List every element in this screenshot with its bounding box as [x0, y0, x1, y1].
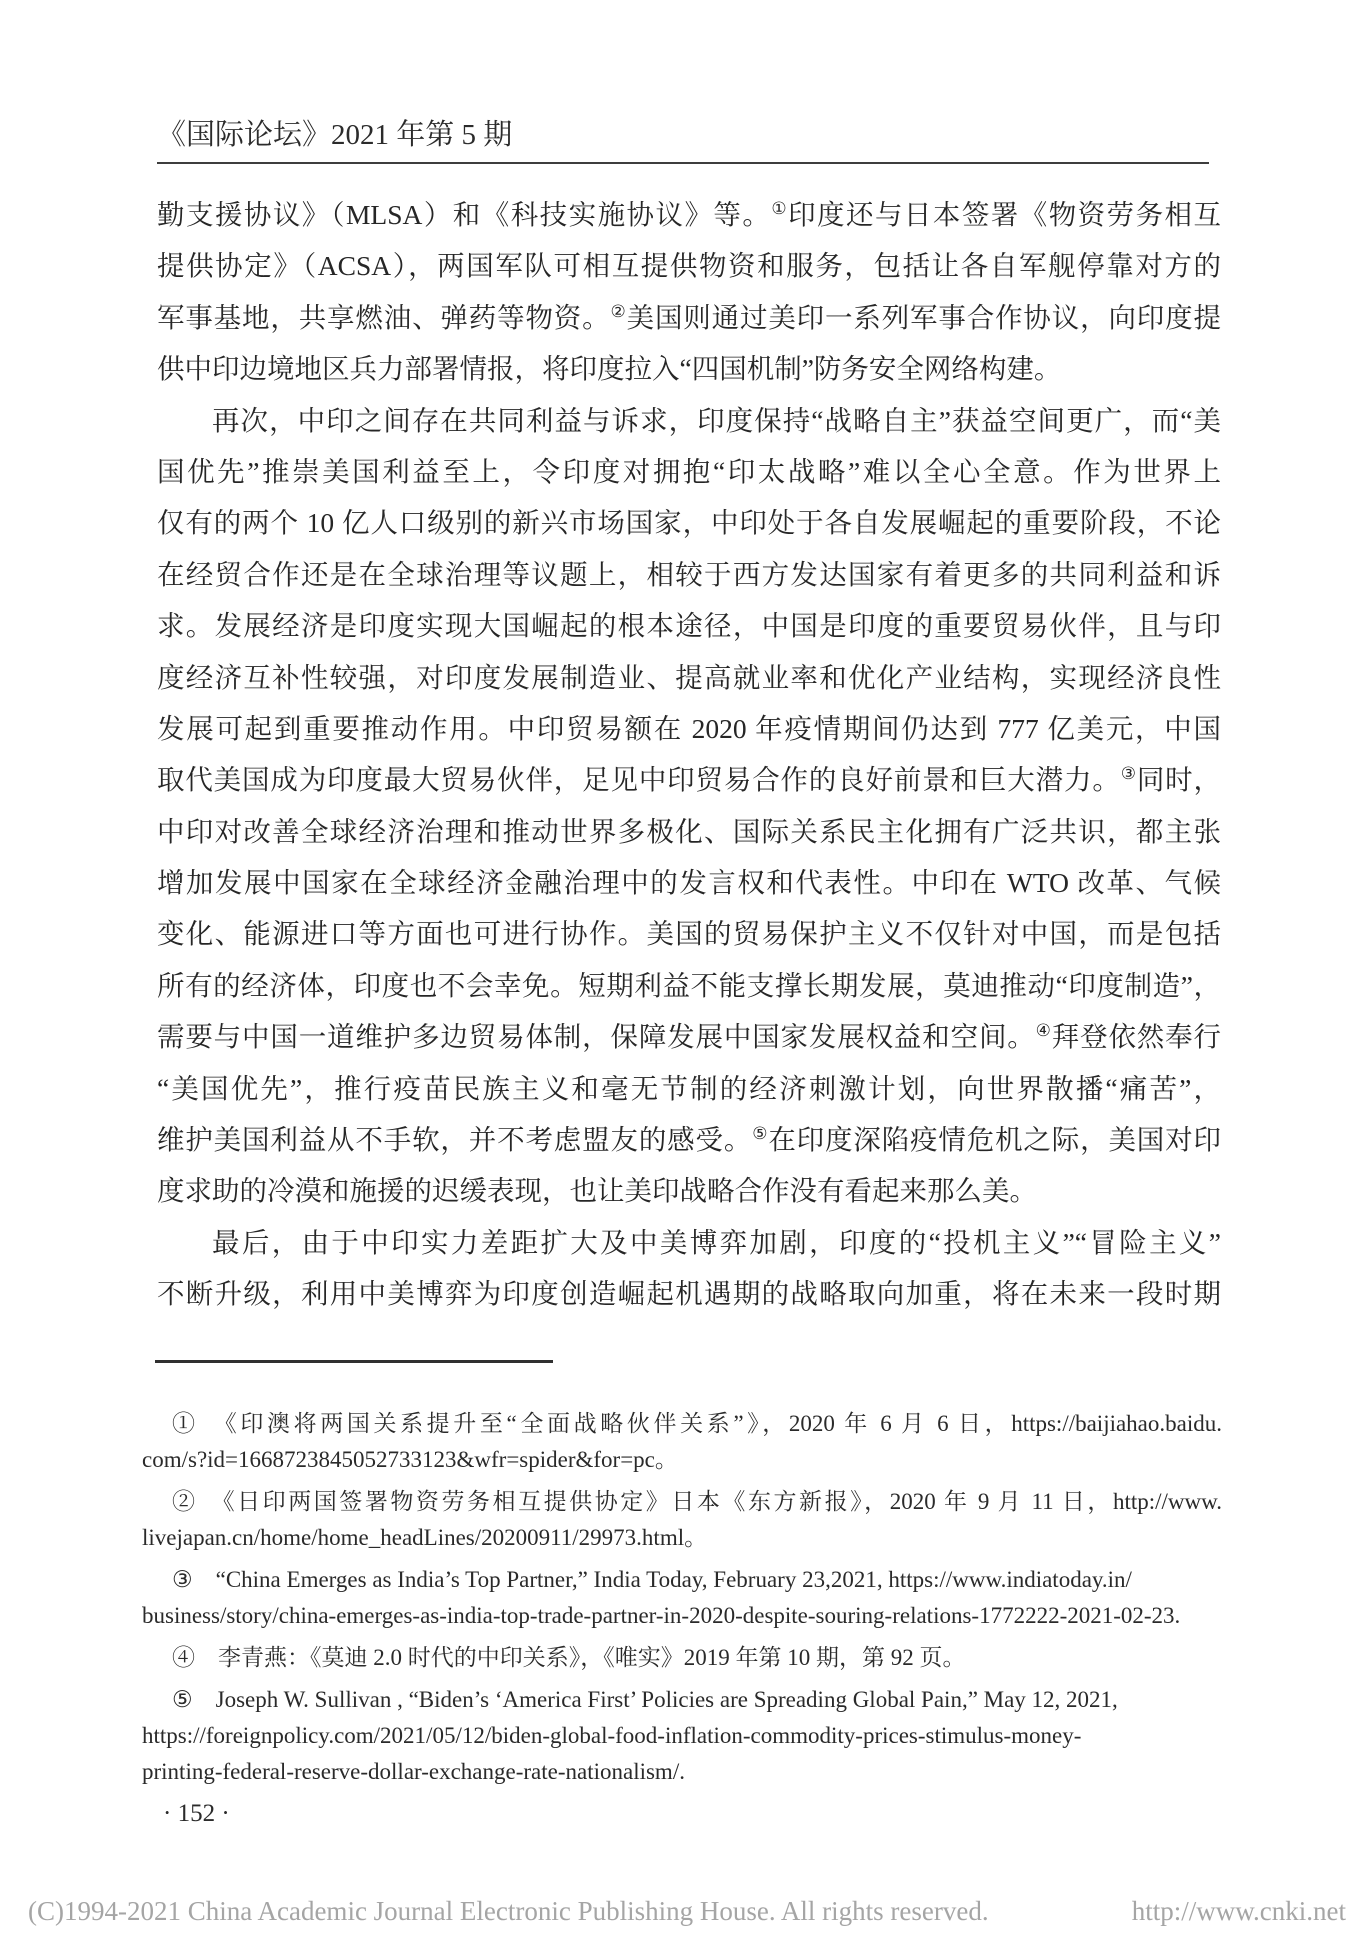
footnote-list: ① 《印澳将两国关系提升至“全面战略伙伴关系”》，2020 年 6 月 6 日，…: [142, 1406, 1222, 1796]
footnote-line: ④ 李青燕：《莫迪 2.0 时代的中印关系》，《唯实》2019 年第 10 期，…: [142, 1640, 1222, 1676]
body-line: 变化、能源进口等方面也可进行协作。美国的贸易保护主义不仅针对中国，而是包括: [157, 908, 1221, 959]
paragraph: 勤支援协议》（MLSA）和《科技实施协议》等。①印度还与日本签署《物资劳务相互提…: [157, 189, 1221, 395]
footnote-ref: ①: [771, 199, 788, 218]
paragraph: 最后，由于中印实力差距扩大及中美博弈加剧，印度的“投机主义”“冒险主义”不断升级…: [157, 1217, 1221, 1320]
body-line: 勤支援协议》（MLSA）和《科技实施协议》等。①印度还与日本签署《物资劳务相互: [157, 189, 1221, 240]
footnote-ref: ⑤: [752, 1124, 768, 1143]
body-line: 度求助的冷漠和施援的迟缓表现，也让美印战略合作没有看起来那么美。: [157, 1165, 1221, 1216]
body-line: 仅有的两个 10 亿人口级别的新兴市场国家，中印处于各自发展崛起的重要阶段，不论: [157, 497, 1221, 548]
footnote-item: ④ 李青燕：《莫迪 2.0 时代的中印关系》，《唯实》2019 年第 10 期，…: [142, 1640, 1222, 1676]
footnote-line: https://foreignpolicy.com/2021/05/12/bid…: [142, 1718, 1222, 1754]
footnote-item: ③ “China Emerges as India’s Top Partner,…: [142, 1562, 1222, 1634]
page-number: · 152 ·: [163, 1800, 230, 1828]
footnote-ref: ③: [1121, 764, 1137, 783]
body-line: 供中印边境地区兵力部署情报，将印度拉入“四国机制”防务安全网络构建。: [157, 343, 1221, 394]
footnote-line: ① 《印澳将两国关系提升至“全面战略伙伴关系”》，2020 年 6 月 6 日，…: [142, 1406, 1222, 1442]
document-page: 《国际论坛》2021 年第 5 期 勤支援协议》（MLSA）和《科技实施协议》等…: [0, 0, 1362, 1953]
body-line: 提供协定》（ACSA），两国军队可相互提供物资和服务，包括让各自军舰停靠对方的: [157, 240, 1221, 291]
footnote-line: livejapan.cn/home/home_headLines/2020091…: [142, 1520, 1222, 1556]
body-line: 发展可起到重要推动作用。中印贸易额在 2020 年疫情期间仍达到 777 亿美元…: [157, 703, 1221, 754]
body-line: 求。发展经济是印度实现大国崛起的根本途径，中国是印度的重要贸易伙伴，且与印: [157, 600, 1221, 651]
article-body: 勤支援协议》（MLSA）和《科技实施协议》等。①印度还与日本签署《物资劳务相互提…: [157, 189, 1221, 1320]
body-line: 取代美国成为印度最大贸易伙伴，足见中印贸易合作的良好前景和巨大潜力。③同时，: [157, 754, 1221, 805]
footnote-item: ⑤ Joseph W. Sullivan , “Biden’s ‘America…: [142, 1682, 1222, 1790]
footnote-line: business/story/china-emerges-as-india-to…: [142, 1598, 1222, 1634]
footnote-item: ② 《日印两国签署物资劳务相互提供协定》日本《东方新报》，2020 年 9 月 …: [142, 1484, 1222, 1556]
body-line: 维护美国利益从不手软，并不考虑盟友的感受。⑤在印度深陷疫情危机之际，美国对印: [157, 1114, 1221, 1165]
body-line: 需要与中国一道维护多边贸易体制，保障发展中国家发展权益和空间。④拜登依然奉行: [157, 1011, 1221, 1062]
copyright-text: (C)1994-2021 China Academic Journal Elec…: [28, 1896, 989, 1927]
footnote-line: ② 《日印两国签署物资劳务相互提供协定》日本《东方新报》，2020 年 9 月 …: [142, 1484, 1222, 1520]
body-line: 再次，中印之间存在共同利益与诉求，印度保持“战略自主”获益空间更广，而“美: [157, 395, 1221, 446]
body-line: “美国优先”，推行疫苗民族主义和毫无节制的经济刺激计划，向世界散播“痛苦”，: [157, 1063, 1221, 1114]
cnki-url: http://www.cnki.net: [1132, 1896, 1346, 1927]
copyright-bar: (C)1994-2021 China Academic Journal Elec…: [28, 1896, 1346, 1927]
body-line: 度经济互补性较强，对印度发展制造业、提高就业率和优化产业结构，实现经济良性: [157, 652, 1221, 703]
footnote-ref: ②: [611, 302, 627, 321]
body-line: 最后，由于中印实力差距扩大及中美博弈加剧，印度的“投机主义”“冒险主义”: [157, 1217, 1221, 1268]
body-line: 不断升级，利用中美博弈为印度创造崛起机遇期的战略取向加重，将在未来一段时期: [157, 1268, 1221, 1319]
header-divider: [157, 162, 1209, 164]
body-line: 中印对改善全球经济治理和推动世界多极化、国际关系民主化拥有广泛共识，都主张: [157, 806, 1221, 857]
footnote-divider: [155, 1360, 553, 1363]
paragraph: 再次，中印之间存在共同利益与诉求，印度保持“战略自主”获益空间更广，而“美国优先…: [157, 395, 1221, 1217]
body-line: 增加发展中国家在全球经济金融治理中的发言权和代表性。中印在 WTO 改革、气候: [157, 857, 1221, 908]
footnote-line: ③ “China Emerges as India’s Top Partner,…: [142, 1562, 1222, 1598]
footnote-line: printing-federal-reserve-dollar-exchange…: [142, 1754, 1222, 1790]
footnote-item: ① 《印澳将两国关系提升至“全面战略伙伴关系”》，2020 年 6 月 6 日，…: [142, 1406, 1222, 1478]
footnote-ref: ④: [1036, 1021, 1052, 1040]
body-line: 国优先”推崇美国利益至上，令印度对拥抱“印太战略”难以全心全意。作为世界上: [157, 446, 1221, 497]
body-line: 在经贸合作还是在全球治理等议题上，相较于西方发达国家有着更多的共同利益和诉: [157, 549, 1221, 600]
footnote-line: ⑤ Joseph W. Sullivan , “Biden’s ‘America…: [142, 1682, 1222, 1718]
body-line: 军事基地，共享燃油、弹药等物资。②美国则通过美印一系列军事合作协议，向印度提: [157, 292, 1221, 343]
journal-issue-line: 《国际论坛》2021 年第 5 期: [157, 112, 512, 153]
body-line: 所有的经济体，印度也不会幸免。短期利益不能支撑长期发展，莫迪推动“印度制造”，: [157, 960, 1221, 1011]
footnote-line: com/s?id=1668723845052733123&wfr=spider&…: [142, 1442, 1222, 1478]
